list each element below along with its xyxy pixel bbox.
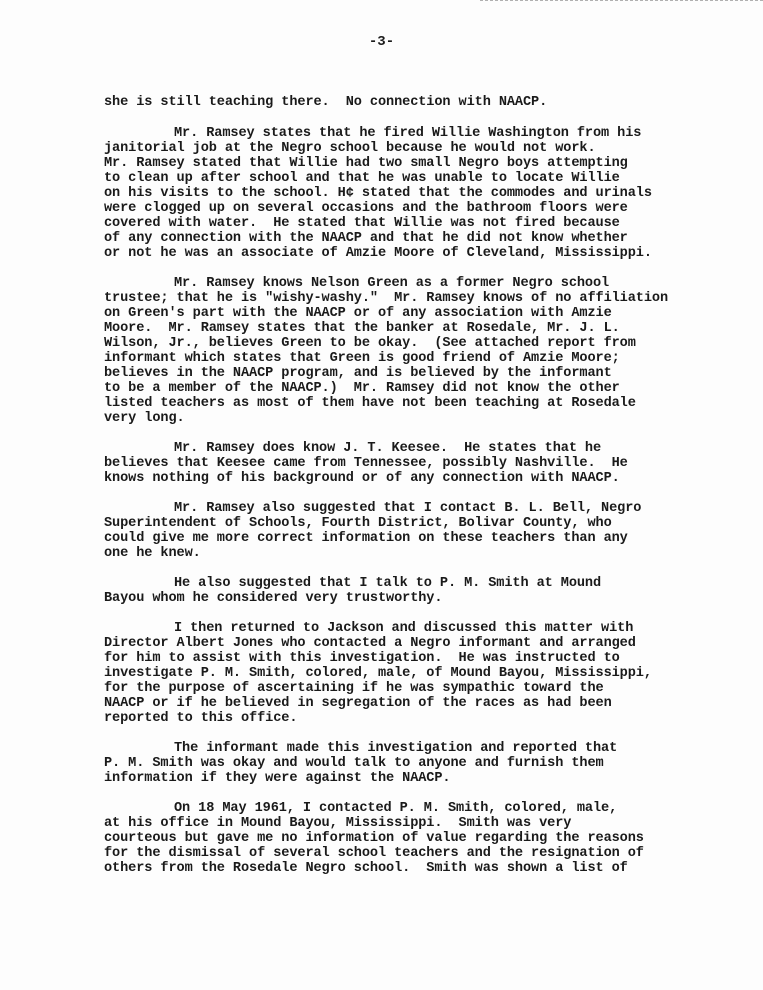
page-number: -3-	[0, 34, 763, 50]
text-line: information if they were against the NAA…	[104, 771, 450, 786]
text-line: Mr. Ramsey stated that Willie had two sm…	[104, 156, 628, 171]
text-line: courteous but gave me no information of …	[104, 831, 644, 846]
text-line: P. M. Smith was okay and would talk to a…	[104, 756, 604, 771]
text-line: NAACP or if he believed in segregation o…	[104, 696, 612, 711]
text-line: to be a member of the NAACP.) Mr. Ramsey…	[104, 381, 620, 396]
text-line: investigate P. M. Smith, colored, male, …	[104, 666, 652, 681]
text-line: On 18 May 1961, I contacted P. M. Smith,…	[174, 801, 617, 816]
text-line: for him to assist with this investigatio…	[104, 651, 620, 666]
text-line: knows nothing of his background or of an…	[104, 471, 620, 486]
text-line: Mr. Ramsey knows Nelson Green as a forme…	[174, 276, 609, 291]
text-line: Bayou whom he considered very trustworth…	[104, 591, 442, 606]
text-line: on his visits to the school. H¢ stated t…	[104, 186, 652, 201]
text-line: Mr. Ramsey also suggested that I contact…	[174, 501, 641, 516]
text-line: Wilson, Jr., believes Green to be okay. …	[104, 336, 636, 351]
text-line: janitorial job at the Negro school becau…	[104, 141, 596, 156]
text-line: others from the Rosedale Negro school. S…	[104, 861, 628, 876]
text-line: I then returned to Jackson and discussed…	[174, 621, 633, 636]
text-line: Moore. Mr. Ramsey states that the banker…	[104, 321, 620, 336]
text-line: to clean up after school and that he was…	[104, 171, 620, 186]
text-line: for the dismissal of several school teac…	[104, 846, 644, 861]
text-line: informant which states that Green is goo…	[104, 351, 620, 366]
text-line: Director Albert Jones who contacted a Ne…	[104, 636, 636, 651]
text-line: believes that Keesee came from Tennessee…	[104, 456, 628, 471]
text-line: of any connection with the NAACP and tha…	[104, 231, 628, 246]
text-line: could give me more correct information o…	[104, 531, 628, 546]
text-line: were clogged up on several occasions and…	[104, 201, 628, 216]
text-line: for the purpose of ascertaining if he wa…	[104, 681, 604, 696]
text-line: or not he was an associate of Amzie Moor…	[104, 246, 652, 261]
text-line: she is still teaching there. No connecti…	[104, 95, 547, 110]
text-line: trustee; that he is "wishy-washy." Mr. R…	[104, 291, 668, 306]
text-line: reported to this office.	[104, 711, 297, 726]
text-line: on Green's part with the NAACP or of any…	[104, 306, 612, 321]
text-line: very long.	[104, 411, 185, 426]
text-line: at his office in Mound Bayou, Mississipp…	[104, 816, 571, 831]
text-line: covered with water. He stated that Willi…	[104, 216, 620, 231]
text-line: believes in the NAACP program, and is be…	[104, 366, 612, 381]
page-edge-dotted-rule	[480, 0, 763, 1]
text-line: The informant made this investigation an…	[174, 741, 617, 756]
text-line: Mr. Ramsey does know J. T. Keesee. He st…	[174, 441, 601, 456]
text-line: listed teachers as most of them have not…	[104, 396, 636, 411]
text-line: one he knew.	[104, 546, 201, 561]
text-line: Mr. Ramsey states that he fired Willie W…	[174, 126, 641, 141]
text-line: Superintendent of Schools, Fourth Distri…	[104, 516, 612, 531]
text-line: He also suggested that I talk to P. M. S…	[174, 576, 601, 591]
